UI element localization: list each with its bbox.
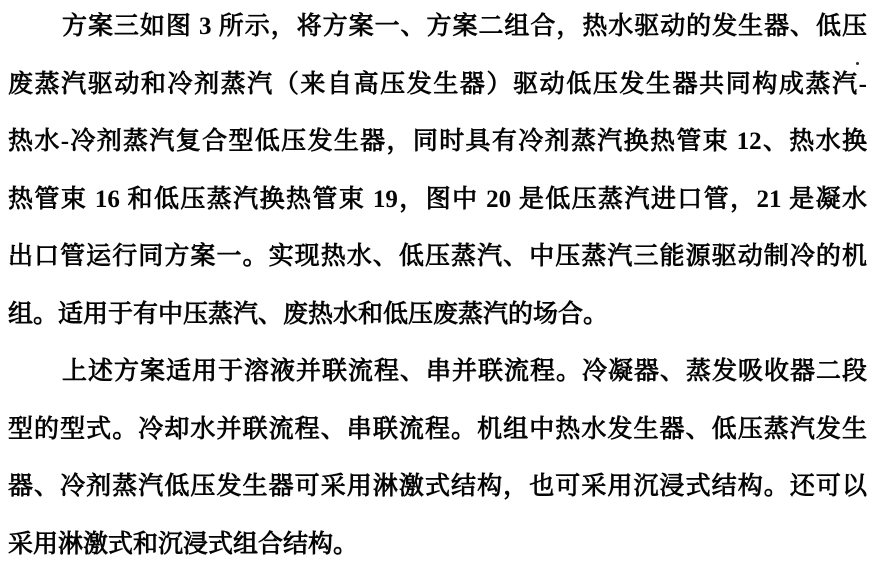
text-line-2: 废蒸汽驱动和冷剂蒸汽（来自高压发生器）驱动低压发生器共同构成蒸汽-: [8, 56, 867, 114]
text-line-3: 热水-冷剂蒸汽复合型低压发生器，同时具有冷剂蒸汽换热管束 12、热水换: [8, 113, 867, 171]
paragraph-2: 上述方案适用于溶液并联流程、串并联流程。冷凝器、蒸发吸收器二段 型的型式。冷却水…: [8, 343, 867, 573]
text-block: 方案三如图 3 所示，将方案一、方案二组合，热水驱动的发生器、低压 废蒸汽驱动和…: [8, 0, 867, 573]
text-line-10: 采用淋激式和沉浸式组合结构。: [8, 516, 867, 573]
scan-artifact-dot: [856, 62, 859, 65]
text-line-9: 器、冷剂蒸汽低压发生器可采用淋激式结构，也可采用沉浸式结构。还可以: [8, 458, 867, 516]
text-line-1: 方案三如图 3 所示，将方案一、方案二组合，热水驱动的发生器、低压: [8, 0, 867, 56]
text-line-6: 组。适用于有中压蒸汽、废热水和低压废蒸汽的场合。: [8, 286, 867, 344]
document-page: 方案三如图 3 所示，将方案一、方案二组合，热水驱动的发生器、低压 废蒸汽驱动和…: [0, 0, 879, 573]
text-line-7: 上述方案适用于溶液并联流程、串并联流程。冷凝器、蒸发吸收器二段: [8, 343, 867, 401]
text-line-4: 热管束 16 和低压蒸汽换热管束 19，图中 20 是低压蒸汽进口管，21 是凝…: [8, 171, 867, 229]
text-line-5: 出口管运行同方案一。实现热水、低压蒸汽、中压蒸汽三能源驱动制冷的机: [8, 228, 867, 286]
text-line-8: 型的型式。冷却水并联流程、串联流程。机组中热水发生器、低压蒸汽发生: [8, 401, 867, 459]
paragraph-1: 方案三如图 3 所示，将方案一、方案二组合，热水驱动的发生器、低压 废蒸汽驱动和…: [8, 0, 867, 343]
